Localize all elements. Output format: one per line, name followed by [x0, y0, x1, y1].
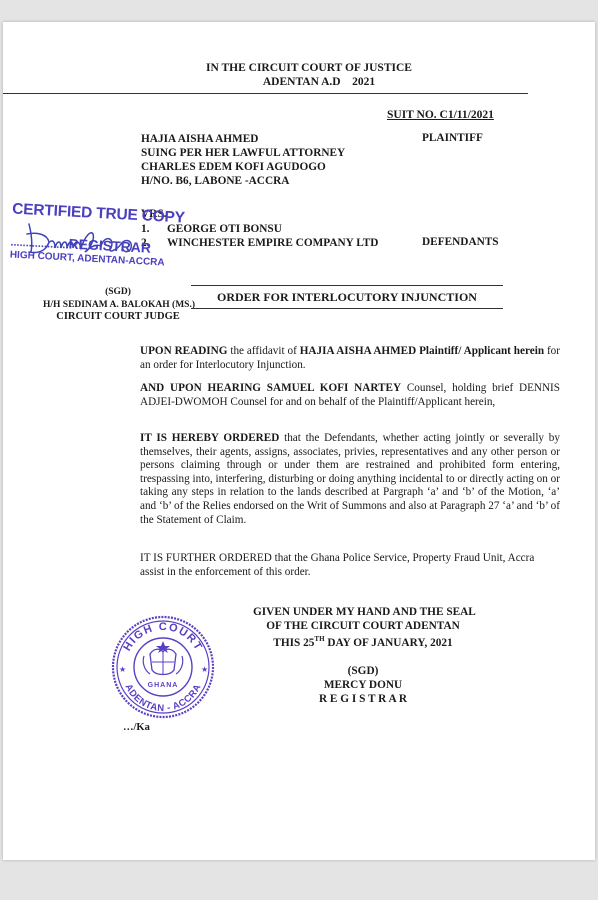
- court-location-year: ADENTAN A.D 2021: [3, 75, 595, 89]
- judge-title: CIRCUIT COURT JUDGE: [43, 311, 193, 324]
- judge-block: (SGD) H/H SEDINAM A. BALOKAH (MS.) CIRCU…: [43, 286, 193, 324]
- plaintiff-line: HAJIA AISHA AHMED: [141, 132, 345, 146]
- plaintiff-line: CHARLES EDEM KOFI AGUDOGO: [141, 160, 345, 174]
- paragraph-upon-hearing: AND UPON HEARING SAMUEL KOFI NARTEY Coun…: [140, 382, 560, 409]
- judge-name: H/H SEDINAM A. BALOKAH (MS.): [43, 299, 193, 312]
- registrar-block: (SGD) MERCY DONU R E G I S T R A R: [283, 664, 443, 706]
- order-title-top-rule: [191, 285, 503, 286]
- court-name: IN THE CIRCUIT COURT OF JUSTICE: [3, 61, 595, 75]
- suit-number: SUIT NO. C1/11/2021: [387, 109, 494, 121]
- svg-text:★: ★: [119, 665, 126, 674]
- paragraph-hereby-ordered: IT IS HEREBY ORDERED that the Defendants…: [140, 432, 560, 527]
- header-rule: [3, 93, 528, 94]
- order-title-bottom-rule: [191, 308, 503, 309]
- registrar-name: MERCY DONU: [283, 678, 443, 692]
- judge-sgd: (SGD): [43, 286, 193, 299]
- paragraph-upon-reading: UPON READING the affidavit of HAJIA AISH…: [140, 345, 560, 372]
- defendant-name: WINCHESTER EMPIRE COMPANY LTD: [167, 237, 378, 249]
- footer-reference: …/Ka: [123, 722, 150, 733]
- plaintiff-line: SUING PER HER LAWFUL ATTORNEY: [141, 146, 345, 160]
- svg-text:★: ★: [201, 665, 208, 674]
- defendants-role: DEFENDANTS: [422, 236, 499, 248]
- high-court-seal-icon: HIGH COURT ADENTAN - ACCRA ★ ★ GHANA: [108, 612, 218, 722]
- plaintiff-role: PLAINTIFF: [422, 132, 483, 144]
- given-under-hand: GIVEN UNDER MY HAND AND THE SEAL OF THE …: [253, 606, 473, 650]
- registrar-title: R E G I S T R A R: [283, 692, 443, 706]
- document-page: IN THE CIRCUIT COURT OF JUSTICE ADENTAN …: [3, 22, 595, 860]
- plaintiff-block: HAJIA AISHA AHMED SUING PER HER LAWFUL A…: [141, 132, 345, 188]
- svg-text:GHANA: GHANA: [148, 682, 179, 689]
- paragraph-further-ordered: IT IS FURTHER ORDERED that the Ghana Pol…: [140, 552, 560, 579]
- registrar-sgd: (SGD): [283, 664, 443, 678]
- registrar-signature-icon: [17, 220, 152, 260]
- court-heading: IN THE CIRCUIT COURT OF JUSTICE ADENTAN …: [3, 61, 595, 89]
- order-title: ORDER FOR INTERLOCUTORY INJUNCTION: [217, 290, 477, 305]
- plaintiff-line: H/NO. B6, LABONE -ACCRA: [141, 174, 345, 188]
